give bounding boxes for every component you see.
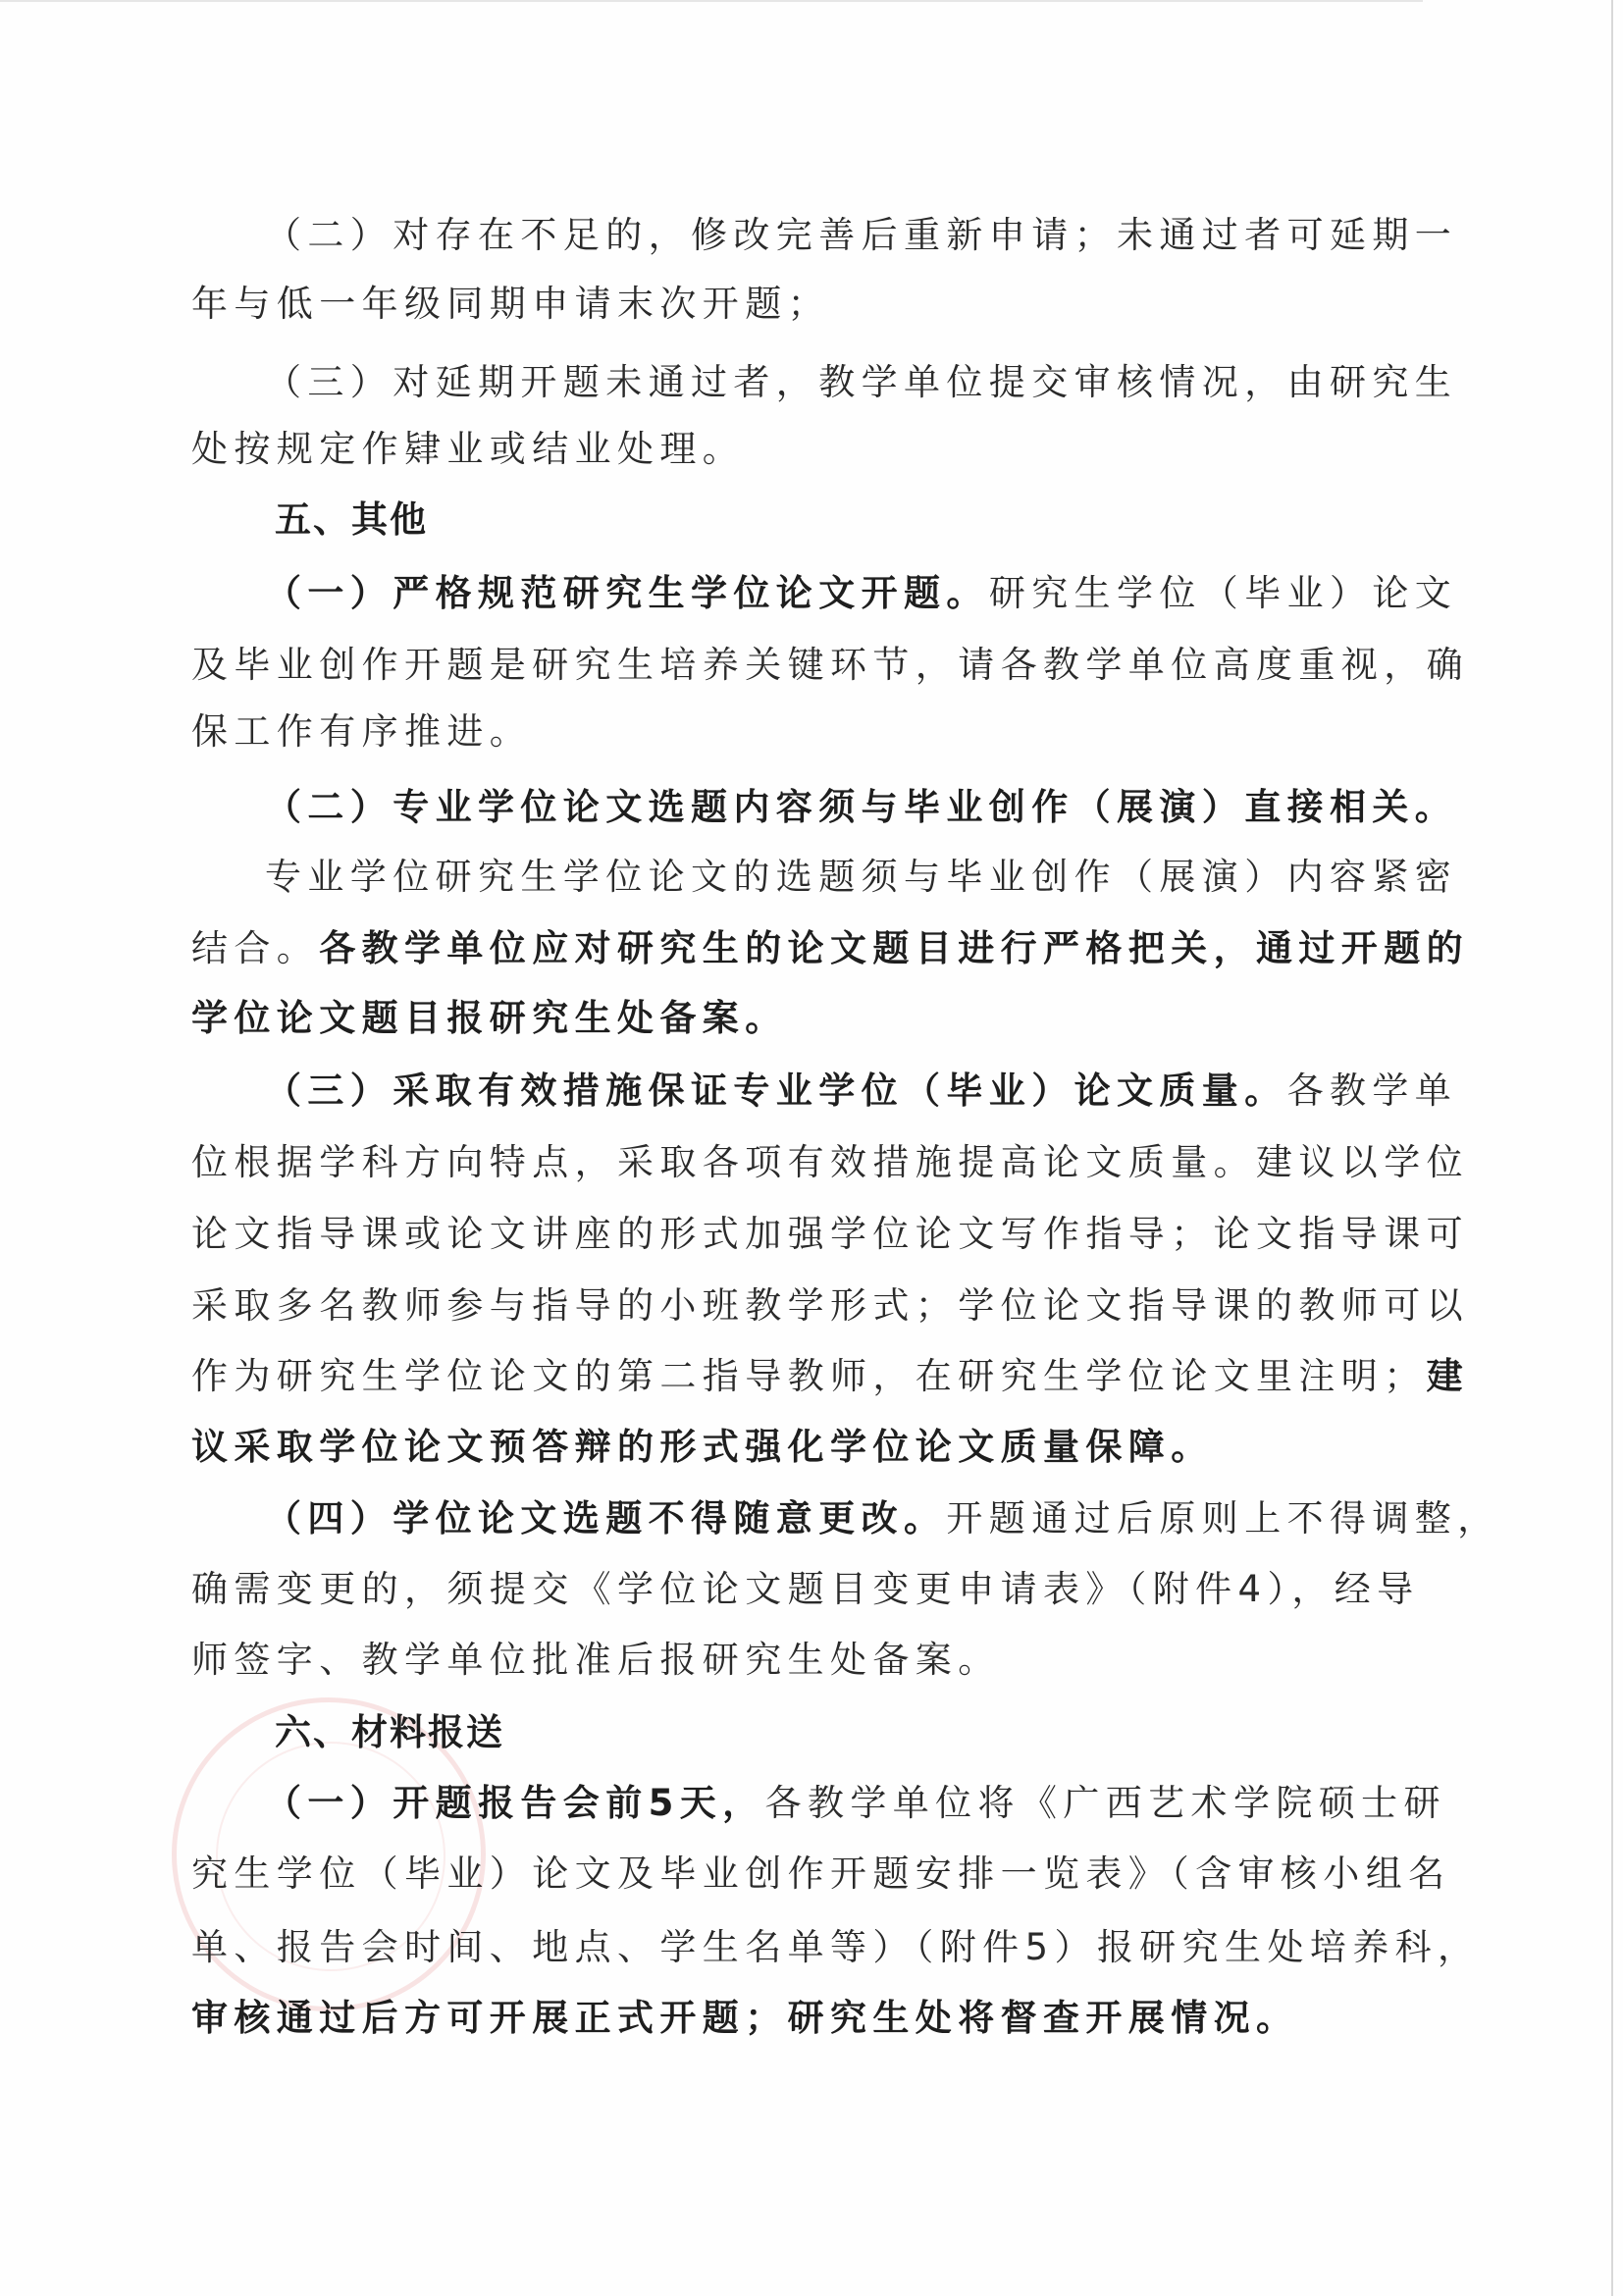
scan-edge-top [0,0,1423,2]
body-text: 作为研究生学位论文的第二指导教师，在研究生学位论文里注明； [191,1355,1427,1397]
bold-text: （一）开题报告会前5天， [265,1782,765,1824]
body-text: 开题通过后原则上不得调整， [946,1497,1499,1539]
text-line: 保工作有序推进。 [191,703,1428,761]
text-line: 结合。各教学单位应对研究生的论文题目进行严格把关，通过开题的 [191,919,1428,978]
body-text: 采取多名教师参与指导的小班教学形式；学位论文指导课的教师可以 [191,1284,1469,1327]
bold-text: 学位论文题目报研究生处备案。 [191,997,788,1039]
text-line: （一）开题报告会前5天，各教学单位将《广西艺术学院硕士研 [265,1774,1433,1833]
body-text: 各教学单位将《广西艺术学院硕士研 [765,1782,1446,1824]
text-line: （二）对存在不足的，修改完善后重新申请；未通过者可延期一 [265,206,1433,265]
text-line: （二）专业学位论文选题内容须与毕业创作（展演）直接相关。 [265,778,1433,837]
body-text: 研究生学位（毕业）论文 [989,572,1457,614]
bold-text: 审核通过后方可开展正式开题；研究生处将督查开展情况。 [191,1997,1298,2039]
text-line: 究生学位（毕业）论文及毕业创作开题安排一览表》（含审核小组名 [191,1845,1428,1904]
text-line: 议采取学位论文预答辩的形式强化学位论文质量保障。 [191,1418,1428,1477]
bold-text: 六、材料报送 [275,1711,504,1753]
text-line: 论文指导课或论文讲座的形式加强学位论文写作指导；论文指导课可 [191,1205,1428,1264]
body-text: 确需变更的，须提交《学位论文题目变更申请表》（附件4），经导 [191,1568,1420,1610]
bold-text: 五、其他 [275,498,428,541]
body-text: 及毕业创作开题是研究生培养关键环节，请各教学单位高度重视，确 [191,644,1469,686]
document-page: （二）对存在不足的，修改完善后重新申请；未通过者可延期一年与低一年级同期申请末次… [0,0,1623,2296]
body-text: 年与低一年级同期申请末次开题； [191,283,830,325]
section-heading: 五、其他 [275,491,1442,549]
text-line: 作为研究生学位论文的第二指导教师，在研究生学位论文里注明；建 [191,1347,1428,1406]
bold-text: （三）采取有效措施保证专业学位（毕业）论文质量。 [265,1070,1287,1112]
text-line: 年与低一年级同期申请末次开题； [191,275,1428,334]
text-line: 学位论文题目报研究生处备案。 [191,989,1428,1048]
text-line: 专业学位研究生学位论文的选题须与毕业创作（展演）内容紧密 [265,848,1433,907]
bold-text: 建 [1427,1355,1469,1397]
bold-text: （二）专业学位论文选题内容须与毕业创作（展演）直接相关。 [265,786,1457,828]
body-text: 究生学位（毕业）论文及毕业创作开题安排一览表》（含审核小组名 [191,1852,1451,1895]
body-text: 结合。 [191,927,319,969]
body-text: 论文指导课或论文讲座的形式加强学位论文写作指导；论文指导课可 [191,1213,1469,1255]
text-line: （三）对延期开题未通过者，教学单位提交审核情况，由研究生 [265,353,1433,412]
text-line: （四）学位论文选题不得随意更改。开题通过后原则上不得调整， [265,1489,1433,1548]
bold-text: 议采取学位论文预答辩的形式强化学位论文质量保障。 [191,1426,1214,1468]
text-line: 单、报告会时间、地点、学生名单等）（附件5）报研究生处培养科， [191,1918,1428,1977]
text-line: 确需变更的，须提交《学位论文题目变更申请表》（附件4），经导 [191,1560,1428,1619]
text-line: 处按规定作肄业或结业处理。 [191,420,1428,479]
section-heading: 六、材料报送 [275,1703,1442,1762]
bold-text: （四）学位论文选题不得随意更改。 [265,1497,946,1539]
body-text: 师签字、教学单位批准后报研究生处备案。 [191,1639,1001,1681]
body-text: 单、报告会时间、地点、学生名单等）（附件5）报研究生处培养科， [191,1926,1480,1968]
body-text: 保工作有序推进。 [191,710,532,753]
text-line: 采取多名教师参与指导的小班教学形式；学位论文指导课的教师可以 [191,1277,1428,1335]
body-text: 处按规定作肄业或结业处理。 [191,428,745,470]
bold-text: 各教学单位应对研究生的论文题目进行严格把关，通过开题的 [319,927,1469,969]
body-text: （三）对延期开题未通过者，教学单位提交审核情况，由研究生 [265,361,1457,403]
bold-text: （一）严格规范研究生学位论文开题。 [265,572,989,614]
text-line: （三）采取有效措施保证专业学位（毕业）论文质量。各教学单 [265,1062,1433,1121]
text-line: 审核通过后方可开展正式开题；研究生处将督查开展情况。 [191,1989,1428,2048]
text-line: 位根据学科方向特点，采取各项有效措施提高论文质量。建议以学位 [191,1133,1428,1192]
text-line: （一）严格规范研究生学位论文开题。研究生学位（毕业）论文 [265,564,1433,623]
body-text: 各教学单 [1287,1070,1458,1112]
body-text: （二）对存在不足的，修改完善后重新申请；未通过者可延期一 [265,214,1457,256]
body-text: 专业学位研究生学位论文的选题须与毕业创作（展演）内容紧密 [265,856,1457,898]
text-line: 师签字、教学单位批准后报研究生处备案。 [191,1631,1428,1690]
body-text: 位根据学科方向特点，采取各项有效措施提高论文质量。建议以学位 [191,1141,1469,1183]
scan-edge-right [1611,0,1613,2296]
text-line: 及毕业创作开题是研究生培养关键环节，请各教学单位高度重视，确 [191,636,1428,695]
